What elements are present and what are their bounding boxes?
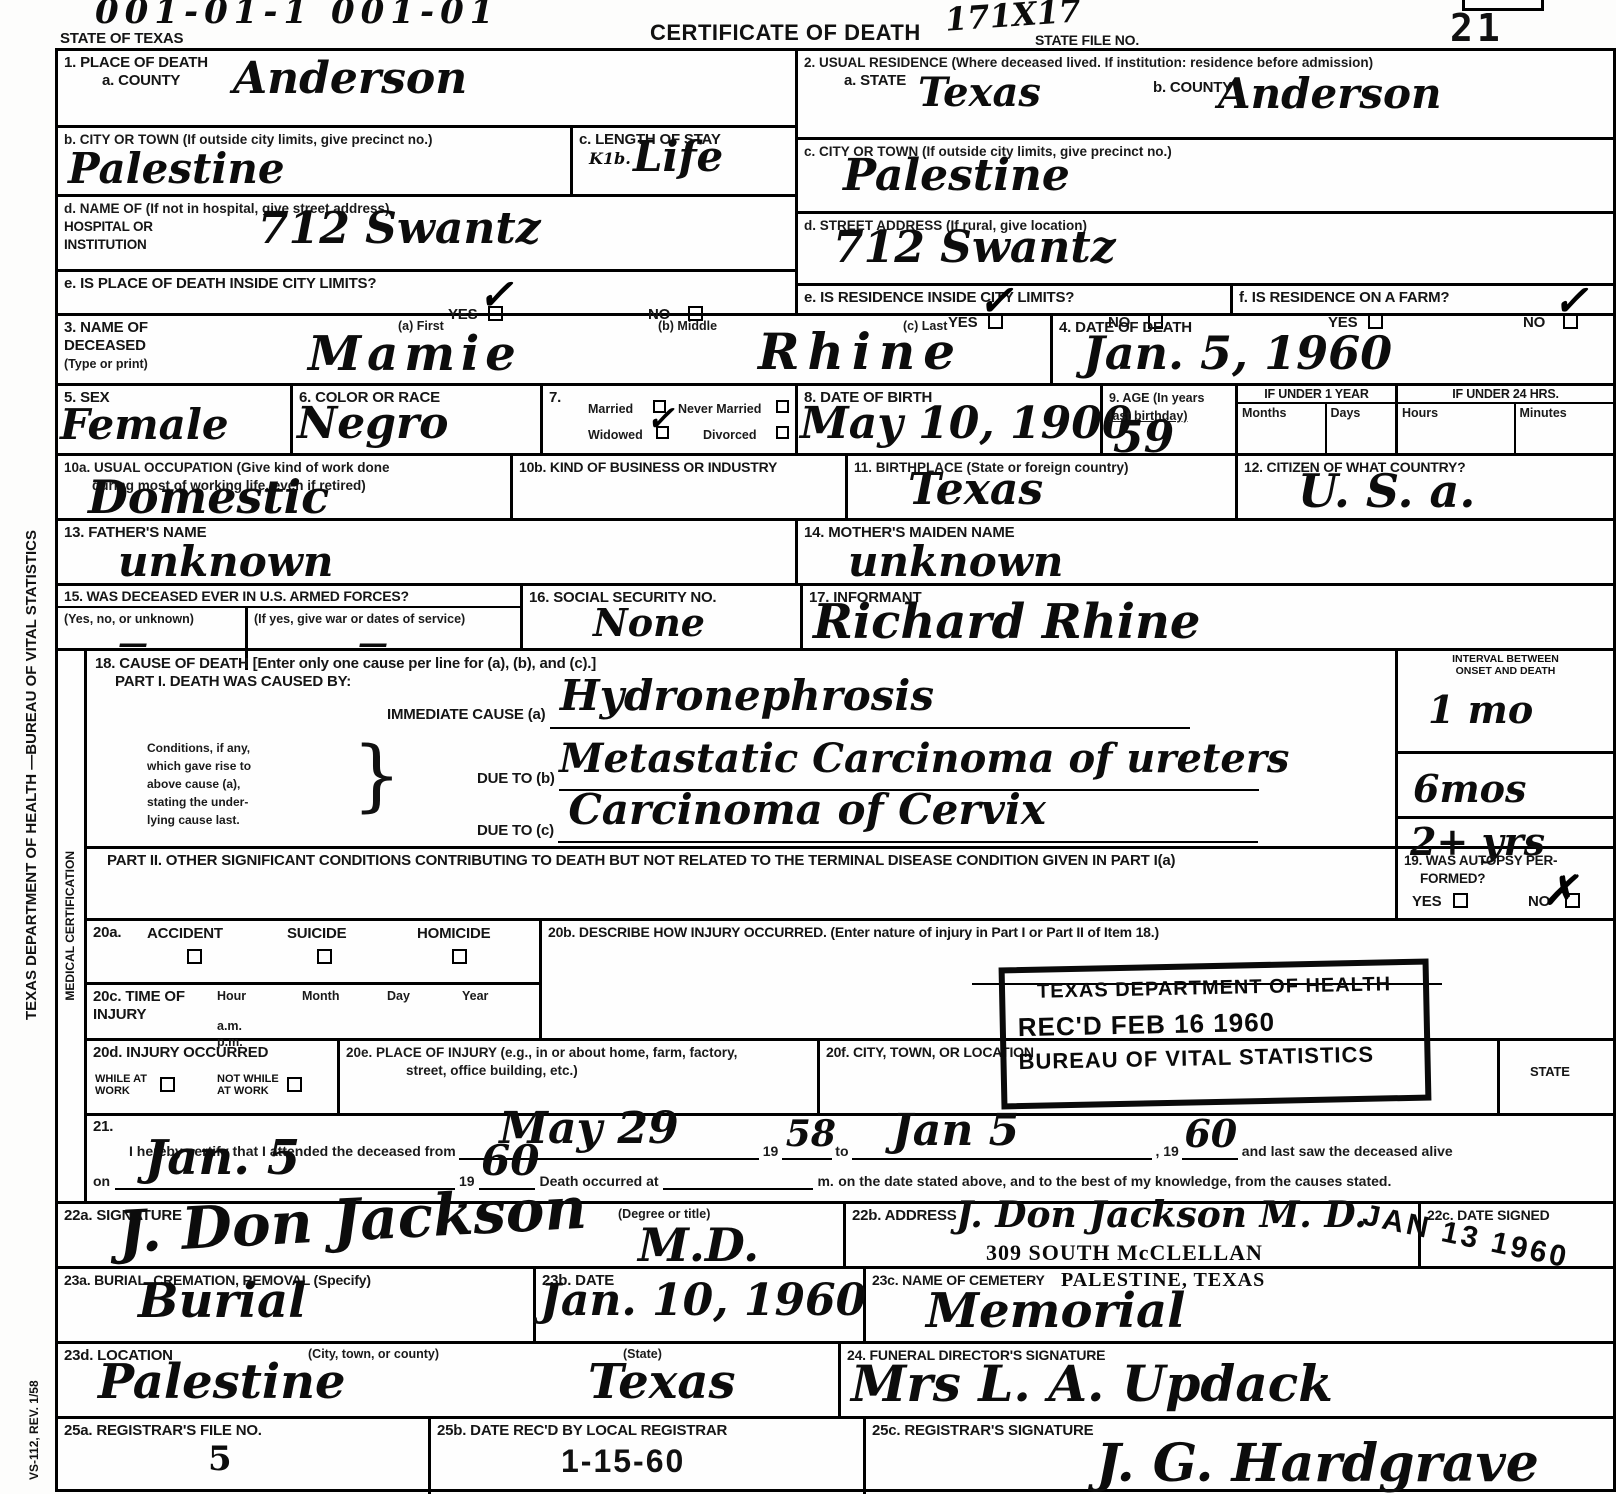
form-grid: 1. PLACE OF DEATH a. COUNTY Anderson b. … xyxy=(55,48,1616,1492)
burial-type-value: Burial xyxy=(138,1273,306,1329)
field-residence-street: d. STREET ADDRESS (If rural, give locati… xyxy=(798,214,1613,286)
field-fathers-name: 13. FATHER'S NAME unknown xyxy=(58,521,798,583)
due-to-b-value: Metastatic Carcinoma of ureters xyxy=(559,735,1289,782)
location-city-value: Palestine xyxy=(98,1354,346,1410)
conditions-line-4: stating the under- xyxy=(147,795,248,809)
interval-column: INTERVAL BETWEEN ONSET AND DEATH 1 mo 6m… xyxy=(1398,651,1613,846)
immediate-cause-line: IMMEDIATE CAUSE (a) Hydronephrosis xyxy=(387,693,1385,729)
registrar-file-label: 25a. REGISTRAR'S FILE NO. xyxy=(64,1422,262,1439)
due-to-c-line: DUE TO (c) Carcinoma of Cervix xyxy=(477,811,1385,843)
divorced-label: Divorced xyxy=(703,428,757,442)
accident-label: ACCIDENT xyxy=(147,925,223,942)
address-handwritten: J. Don Jackson M. D. xyxy=(956,1194,1367,1236)
certificate-number: 21 xyxy=(1450,6,1504,50)
field-registrar-file-no: 25a. REGISTRAR'S FILE NO. 5 xyxy=(58,1419,431,1494)
date-recd-label: 25b. DATE REC'D BY LOCAL REGISTRAR xyxy=(437,1422,727,1439)
hospital-label-3: INSTITUTION xyxy=(64,237,147,252)
death-time-blank xyxy=(663,1170,813,1190)
place-of-death-title: 1. PLACE OF DEATH xyxy=(64,54,208,71)
certification-number-label: 21. xyxy=(93,1118,113,1135)
birthplace-value: Texas xyxy=(908,464,1043,515)
section-name-and-death-date: 3. NAME OF DECEASED (Type or print) (a) … xyxy=(58,316,1613,386)
field-time-of-injury: 20c. TIME OF INJURY Hour a.m. p.m. Month… xyxy=(87,985,539,1038)
homicide-checkbox xyxy=(452,949,467,964)
certification-line-1: I hereby certify that I attended the dec… xyxy=(129,1140,1607,1160)
autopsy-yes-checkbox xyxy=(1453,893,1468,908)
accident-checkbox xyxy=(187,949,202,964)
occupation-value: Domestic xyxy=(88,470,329,524)
funeral-director-value: Mrs L. A. Updack xyxy=(851,1354,1333,1413)
first-name-value: Mamie xyxy=(308,326,522,382)
state-file-no-label: STATE FILE NO. xyxy=(1035,32,1139,48)
date-of-birth-value: May 10, 1900 xyxy=(800,398,1132,449)
cemetery-name-value: Memorial xyxy=(926,1283,1185,1339)
age-label-1: 9. AGE (In years xyxy=(1109,391,1204,405)
conditions-line-2: which gave rise to xyxy=(147,759,251,773)
autopsy-label-2: FORMED? xyxy=(1420,871,1485,886)
residence-state-label: a. STATE xyxy=(844,72,906,89)
brace-icon: } xyxy=(352,731,402,821)
widowed-label: Widowed xyxy=(588,428,643,442)
section-parents: 13. FATHER'S NAME unknown 14. MOTHER'S M… xyxy=(58,521,1613,586)
am-label: a.m. xyxy=(217,1019,242,1033)
field-marital-status: 7. Married Never Married Widowed ✓ Divor… xyxy=(543,386,798,453)
field-length-of-stay: c. LENGTH OF STAY K1b. Life xyxy=(573,128,795,194)
date-recd-value: 1-15-60 xyxy=(561,1443,685,1480)
due-to-c-value: Carcinoma of Cervix xyxy=(568,785,1046,834)
alive-text: and last saw the deceased alive xyxy=(1242,1143,1453,1159)
informant-value: Richard Rhine xyxy=(813,594,1200,650)
time-of-injury-label-2: INJURY xyxy=(93,1006,146,1023)
stamp-line-3: BUREAU OF VITAL STATISTICS xyxy=(1018,1041,1412,1075)
ledger-code-handwritten: 001-01-1 001-01 xyxy=(95,0,499,32)
field-residence-city: c. CITY OR TOWN (If outside city limits,… xyxy=(798,140,1613,214)
last-name-value: Rhine xyxy=(758,322,963,381)
not-while-checkbox xyxy=(287,1077,302,1092)
due-to-b-label: DUE TO (b) xyxy=(477,770,555,787)
business-industry-label: 10b. KIND OF BUSINESS OR INDUSTRY xyxy=(519,459,777,475)
field-date-of-death: 4. DATE OF DEATH Jan. 5, 1960 xyxy=(1053,316,1613,383)
field-burial-type: 23a. BURIAL, CREMATION, REMOVAL (Specify… xyxy=(58,1269,536,1341)
field-sex: 5. SEX Female xyxy=(58,386,293,453)
on-text: on xyxy=(93,1173,110,1189)
medical-certification-label: MEDICAL CERTIFICATION xyxy=(64,851,77,1001)
cross-icon: ✗ xyxy=(1543,871,1577,911)
section-cause-of-death: 18. CAUSE OF DEATH [Enter only one cause… xyxy=(87,651,1613,846)
hospital-value: 712 Swantz xyxy=(258,203,541,254)
received-stamp: TEXAS DEPARTMENT OF HEALTH REC'D FEB 16 … xyxy=(999,959,1432,1110)
attended-to-value: Jan 5 xyxy=(892,1106,1019,1157)
not-while-label-2: AT WORK xyxy=(217,1085,269,1097)
interval-c-cell: 2+ yrs xyxy=(1398,819,1613,846)
sex-value: Female xyxy=(60,400,229,449)
year-prefix-1: 19 xyxy=(763,1143,779,1159)
location-state-value: Texas xyxy=(588,1354,736,1410)
section-forces-ssn-informant: 15. WAS DECEASED EVER IN U.S. ARMED FORC… xyxy=(58,586,1613,651)
field-burial-date: 23b. DATE Jan. 10, 1960 xyxy=(536,1269,866,1341)
day-label: Day xyxy=(387,989,410,1003)
armed-forces-sub-2: (If yes, give war or dates of service) xyxy=(254,612,465,626)
address-label: 22b. ADDRESS xyxy=(852,1207,957,1224)
field-social-security: 16. SOCIAL SECURITY NO. None xyxy=(523,586,803,648)
section-burial: 23a. BURIAL, CREMATION, REMOVAL (Specify… xyxy=(58,1269,1613,1344)
field-part2: PART II. OTHER SIGNIFICANT CONDITIONS CO… xyxy=(87,849,1398,918)
cause-of-death-main: 18. CAUSE OF DEATH [Enter only one cause… xyxy=(87,651,1398,846)
name-title-2: DECEASED xyxy=(64,337,146,354)
name-title-1: 3. NAME OF xyxy=(64,319,148,336)
married-label: Married xyxy=(588,402,633,416)
field-autopsy: 19. WAS AUTOPSY PER- FORMED? YES NO ✗ xyxy=(1398,849,1613,918)
registrar-file-value: 5 xyxy=(208,1439,232,1479)
divorced-checkbox xyxy=(776,426,789,439)
field-usual-occupation: 10a. USUAL OCCUPATION (Give kind of work… xyxy=(58,456,513,518)
section-registrar: 25a. REGISTRAR'S FILE NO. 5 25b. DATE RE… xyxy=(58,1419,1613,1494)
mothers-maiden-value: unknown xyxy=(848,537,1063,586)
conditions-line-5: lying cause last. xyxy=(147,813,240,827)
conditions-note: Conditions, if any, which gave rise to a… xyxy=(147,739,337,829)
section-part2-autopsy: PART II. OTHER SIGNIFICANT CONDITIONS CO… xyxy=(87,846,1613,921)
field-age: 9. AGE (In years last birthday) 59 xyxy=(1103,386,1238,453)
fathers-name-value: unknown xyxy=(118,537,333,586)
citizen-value: U. S. a. xyxy=(1298,464,1475,518)
residence-city-value: Palestine xyxy=(843,150,1070,201)
place-of-injury-label-2: street, office building, etc.) xyxy=(406,1063,578,1078)
field-business-industry: 10b. KIND OF BUSINESS OR INDUSTRY xyxy=(513,456,848,518)
scan-edge-mark xyxy=(1462,0,1544,11)
name-title-3: (Type or print) xyxy=(64,357,148,371)
middle-name-label: (b) Middle xyxy=(658,319,717,333)
degree-value: M.D. xyxy=(638,1218,759,1272)
part1-label: PART I. DEATH WAS CAUSED BY: xyxy=(115,673,351,690)
medical-certification-band: MEDICAL CERTIFICATION 18. CAUSE OF DEATH… xyxy=(58,651,1613,1201)
interval-header-2: ONSET AND DEATH xyxy=(1403,666,1608,678)
place-of-injury-label-1: 20e. PLACE OF INJURY (e.g., in or about … xyxy=(346,1045,737,1060)
field-funeral-director: 24. FUNERAL DIRECTOR'S SIGNATURE Mrs L. … xyxy=(841,1344,1613,1416)
armed-forces-label: 15. WAS DECEASED EVER IN U.S. ARMED FORC… xyxy=(58,586,520,608)
cause-of-death-title: 18. CAUSE OF DEATH [Enter only one cause… xyxy=(95,655,596,672)
field-20a-label: 20a. xyxy=(93,924,121,941)
residence-limits-label: e. IS RESIDENCE INSIDE CITY LIMITS? xyxy=(804,289,1074,306)
interval-b-cell: 6mos xyxy=(1398,754,1613,819)
interval-a-value: 1 mo xyxy=(1428,687,1533,732)
from-year-value: 58 xyxy=(786,1114,836,1155)
burial-date-value: Jan. 10, 1960 xyxy=(540,1275,866,1326)
date-of-death-value: Jan. 5, 1960 xyxy=(1083,326,1392,380)
injury-state-label: STATE xyxy=(1530,1065,1570,1080)
field-residence-state-county: 2. USUAL RESIDENCE (Where deceased lived… xyxy=(798,51,1613,140)
marital-number-label: 7. xyxy=(549,389,561,406)
agency-sidebar-label: TEXAS DEPARTMENT OF HEALTH —BUREAU OF VI… xyxy=(24,220,41,1020)
field-date-recd: 25b. DATE REC'D BY LOCAL REGISTRAR 1-15-… xyxy=(431,1419,866,1494)
due-to-c-label: DUE TO (c) xyxy=(477,822,554,839)
section-place-and-residence: 1. PLACE OF DEATH a. COUNTY Anderson b. … xyxy=(58,51,1613,316)
section-location-director: 23d. LOCATION (City, town, or county) Pa… xyxy=(58,1344,1613,1419)
residence-farm-label: f. IS RESIDENCE ON A FARM? xyxy=(1239,289,1449,306)
interval-a-cell: INTERVAL BETWEEN ONSET AND DEATH 1 mo xyxy=(1398,651,1613,754)
homicide-label: HOMICIDE xyxy=(417,925,490,942)
length-of-stay-note: K1b. xyxy=(589,149,631,168)
field-injury-state: STATE xyxy=(1500,1041,1613,1113)
never-married-label: Never Married xyxy=(678,402,761,416)
certificate-title: CERTIFICATE OF DEATH xyxy=(650,20,921,46)
registrar-signature-label: 25c. REGISTRAR'S SIGNATURE xyxy=(872,1422,1093,1439)
death-certificate-scan: 001-01-1 001-01 STATE OF TEXAS CERTIFICA… xyxy=(0,0,1616,1494)
city-of-death-value: Palestine xyxy=(68,144,285,193)
field-cemetery-name: 23c. NAME OF CEMETERY PALESTINE, TEXAS M… xyxy=(866,1269,1613,1341)
field-accident-suicide-homicide: 20a. ACCIDENT SUICIDE HOMICIDE xyxy=(87,921,539,985)
armed-forces-sub-1: (Yes, no, or unknown) xyxy=(64,612,194,626)
death-city-limits-label: e. IS PLACE OF DEATH INSIDE CITY LIMITS? xyxy=(64,275,376,292)
field-mothers-maiden-name: 14. MOTHER'S MAIDEN NAME unknown xyxy=(798,521,1613,583)
field-birthplace: 11. BIRTHPLACE (State or foreign country… xyxy=(848,456,1238,518)
hours-label: Hours xyxy=(1398,404,1516,453)
field-if-under-1-year: IF UNDER 1 YEAR Months Days xyxy=(1238,386,1398,453)
autopsy-label-1: 19. WAS AUTOPSY PER- xyxy=(1404,853,1557,868)
field-if-under-24-hrs: IF UNDER 24 HRS. Hours Minutes xyxy=(1398,386,1613,453)
form-number-label: VS-112, REV. 1/58 xyxy=(28,1290,41,1480)
to-year-value: 60 xyxy=(1184,1112,1237,1156)
suicide-checkbox xyxy=(317,949,332,964)
field-armed-forces: 15. WAS DECEASED EVER IN U.S. ARMED FORC… xyxy=(58,586,523,648)
residence-street-value: 712 Swantz xyxy=(833,222,1116,273)
immediate-cause-label: IMMEDIATE CAUSE (a) xyxy=(387,706,545,723)
section-occupation-birthplace: 10a. USUAL OCCUPATION (Give kind of work… xyxy=(58,456,1613,521)
to-text: to xyxy=(835,1143,848,1159)
on-date-value: Jan. 5 xyxy=(145,1130,301,1186)
stamp-line-1: TEXAS DEPARTMENT OF HEALTH xyxy=(1017,973,1411,1004)
field-color-or-race: 6. COLOR OR RACE Negro xyxy=(293,386,543,453)
minutes-label: Minutes xyxy=(1516,404,1614,453)
medical-certification-strip: MEDICAL CERTIFICATION xyxy=(58,651,87,1201)
field-signature: 22a. SIGNATURE J. Don Jackson (Degree or… xyxy=(58,1204,846,1266)
state-of-texas-label: STATE OF TEXAS xyxy=(60,30,183,47)
never-married-checkbox xyxy=(776,400,789,413)
field-city-and-stay: b. CITY OR TOWN (If outside city limits,… xyxy=(58,128,795,197)
field-registrar-signature: 25c. REGISTRAR'S SIGNATURE J. G. Hardgra… xyxy=(866,1419,1613,1494)
autopsy-yes-label: YES xyxy=(1412,893,1441,910)
hospital-label-2: HOSPITAL OR xyxy=(64,219,153,234)
while-at-work-label-2: WORK xyxy=(95,1085,130,1097)
county-label: a. COUNTY xyxy=(102,72,180,89)
section-physician: 22a. SIGNATURE J. Don Jackson (Degree or… xyxy=(58,1201,1613,1269)
time-of-injury-label-1: 20c. TIME OF xyxy=(93,988,185,1005)
under-24-hrs-label: IF UNDER 24 HRS. xyxy=(1398,386,1613,404)
length-of-stay-value: Life xyxy=(633,132,723,181)
rest-text: on the date stated above, and to the bes… xyxy=(838,1173,1391,1189)
field-citizen-country: 12. CITIZEN OF WHAT COUNTRY? U. S. a. xyxy=(1238,456,1613,518)
conditions-line-3: above cause (a), xyxy=(147,777,240,791)
field-date-of-birth: 8. DATE OF BIRTH May 10, 1900 xyxy=(798,386,1103,453)
ssn-value: None xyxy=(593,600,705,645)
field-date-signed: 22c. DATE SIGNED JAN 13 1960 xyxy=(1421,1204,1613,1266)
residence-state-value: Texas xyxy=(918,69,1041,116)
m-text: m. xyxy=(817,1173,833,1189)
not-while-label-1: NOT WHILE xyxy=(217,1073,279,1085)
checkmark-icon: ✓ xyxy=(478,274,513,316)
race-value: Negro xyxy=(297,398,449,449)
usual-residence-title: 2. USUAL RESIDENCE (Where deceased lived… xyxy=(804,55,1373,70)
field-address: 22b. ADDRESS J. Don Jackson M. D. 309 SO… xyxy=(846,1204,1421,1266)
injury-left-column: 20a. ACCIDENT SUICIDE HOMICIDE 20c. TIME… xyxy=(87,921,542,1038)
injury-occurred-label: 20d. INJURY OCCURRED xyxy=(93,1044,268,1061)
month-label: Month xyxy=(302,989,339,1003)
hour-label: Hour xyxy=(217,989,246,1003)
describe-injury-label: 20b. DESCRIBE HOW INJURY OCCURRED. (Ente… xyxy=(548,924,1159,940)
months-label: Months xyxy=(1238,404,1327,453)
checkmark-icon: ✓ xyxy=(646,402,675,436)
field-injury-occurred: 20d. INJURY OCCURRED WHILE AT WORK NOT W… xyxy=(87,1041,340,1113)
while-at-work-label-1: WHILE AT xyxy=(95,1073,147,1085)
interval-header-1: INTERVAL BETWEEN xyxy=(1403,654,1608,666)
conditions-line-1: Conditions, if any, xyxy=(147,741,250,755)
field-death-city-limits: e. IS PLACE OF DEATH INSIDE CITY LIMITS?… xyxy=(58,272,795,313)
field-residence-farm: f. IS RESIDENCE ON A FARM? YES NO ✓ xyxy=(1233,286,1613,313)
field-hospital: d. NAME OF (If not in hospital, give str… xyxy=(58,197,795,272)
field-burial-location: 23d. LOCATION (City, town, or county) Pa… xyxy=(58,1344,841,1416)
field-place-of-death: 1. PLACE OF DEATH a. COUNTY Anderson b. … xyxy=(58,51,798,313)
address-stamp: 309 SOUTH McCLELLAN xyxy=(986,1240,1263,1266)
residence-county-value: Anderson xyxy=(1218,69,1442,118)
field-county-of-death: 1. PLACE OF DEATH a. COUNTY Anderson xyxy=(58,51,795,128)
section-demographics: 5. SEX Female 6. COLOR OR RACE Negro 7. … xyxy=(58,386,1613,456)
field-residence-limits-farm: e. IS RESIDENCE INSIDE CITY LIMITS? YES … xyxy=(798,286,1613,313)
while-at-work-checkbox xyxy=(160,1077,175,1092)
field-name-of-deceased: 3. NAME OF DECEASED (Type or print) (a) … xyxy=(58,316,1053,383)
interval-b-value: 6mos xyxy=(1413,766,1526,811)
field-informant: 17. INFORMANT Richard Rhine xyxy=(803,586,1613,648)
county-value: Anderson xyxy=(233,53,467,104)
stamp-line-2: REC'D FEB 16 1960 xyxy=(1017,1004,1412,1043)
year-prefix-2: , 19 xyxy=(1155,1143,1178,1159)
under-1-year-label: IF UNDER 1 YEAR xyxy=(1238,386,1395,404)
field-usual-residence: 2. USUAL RESIDENCE (Where deceased lived… xyxy=(798,51,1613,313)
part2-label: PART II. OTHER SIGNIFICANT CONDITIONS CO… xyxy=(107,852,1175,869)
days-label: Days xyxy=(1327,404,1396,453)
field-city-of-death: b. CITY OR TOWN (If outside city limits,… xyxy=(58,128,573,194)
year-label: Year xyxy=(462,989,488,1003)
suicide-label: SUICIDE xyxy=(287,925,346,942)
field-residence-city-limits: e. IS RESIDENCE INSIDE CITY LIMITS? YES … xyxy=(798,286,1233,313)
registrar-signature-value: J. G. Hardgrave xyxy=(1096,1433,1539,1494)
immediate-cause-value: Hydronephrosis xyxy=(560,671,934,720)
